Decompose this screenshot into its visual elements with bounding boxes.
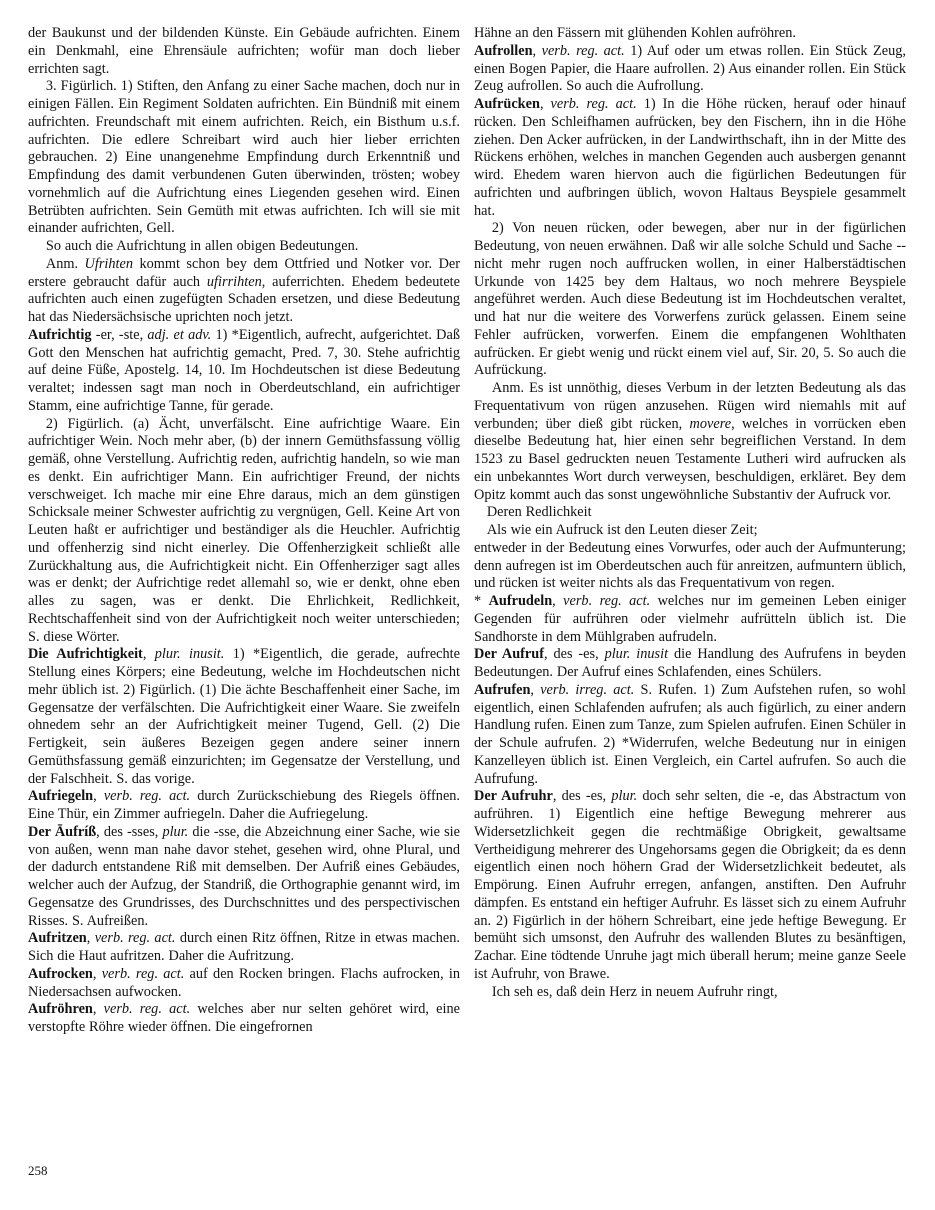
text-run: -er, -ste, <box>92 327 148 343</box>
right-column: Hähne an den Fässern mit glühenden Kohle… <box>474 25 906 1037</box>
paragraph: Deren Redlichkeit <box>474 504 906 522</box>
text-run: Deren Redlichkeit <box>487 504 592 520</box>
left-column: der Baukunst und der bildenden Künste. E… <box>28 25 460 1037</box>
paragraph: der Baukunst und der bildenden Künste. E… <box>28 25 460 78</box>
text-run: , <box>143 646 155 662</box>
paragraph: Als wie ein Aufruck ist den Leuten diese… <box>474 522 906 540</box>
text-run: 1) *Eigentlich, die gerade, aufrechte St… <box>28 646 460 786</box>
text-run: Der Aufruf <box>474 646 544 662</box>
text-run: , <box>93 788 104 804</box>
text-run: Aufrufen <box>474 682 530 698</box>
text-run: , <box>93 1001 104 1017</box>
text-run: Aufrollen <box>474 43 533 59</box>
text-run: Aufriegeln <box>28 788 93 804</box>
text-run: Der Āufríß <box>28 824 96 840</box>
text-run: Aufritzen <box>28 930 87 946</box>
text-run: 2) Von neuen rücken, oder bewegen, aber … <box>474 220 906 378</box>
paragraph: So auch die Aufrichtung in allen obigen … <box>28 238 460 256</box>
text-run: 1) In die Höhe rücken, herauf oder hinau… <box>474 96 906 219</box>
text-run: verb. reg. act. <box>542 43 625 59</box>
text-run: verb. reg. act. <box>104 1001 191 1017</box>
paragraph: Aufrücken, verb. reg. act. 1) In die Höh… <box>474 96 906 220</box>
text-run: Aufrücken <box>474 96 540 112</box>
text-run: movere <box>690 416 732 432</box>
text-run: ufirrihten <box>207 274 262 290</box>
paragraph: 2) Figürlich. (a) Ächt, unverfälscht. Ei… <box>28 416 460 647</box>
text-run: , <box>93 966 102 982</box>
paragraph: Aufrichtig -er, -ste, adj. et adv. 1) *E… <box>28 327 460 416</box>
paragraph: Ich seh es, daß dein Herz in neuem Aufru… <box>474 984 906 1002</box>
text-run: Als wie ein Aufruck ist den Leuten diese… <box>487 522 758 538</box>
text-run: , <box>540 96 551 112</box>
text-run: verb. reg. act. <box>104 788 190 804</box>
text-run: plur. <box>162 824 188 840</box>
paragraph: Anm. Ufrihten kommt schon bey dem Ottfri… <box>28 256 460 327</box>
text-run: entweder in der Bedeutung eines Vorwurfe… <box>474 540 906 592</box>
text-run: , des -sses, <box>96 824 162 840</box>
text-run: plur. inusit <box>605 646 669 662</box>
text-run: So auch die Aufrichtung in allen obigen … <box>46 238 359 254</box>
text-run: Aufrudeln <box>489 593 553 609</box>
text-run: Ufrihten <box>85 256 133 272</box>
text-run: , des -es, <box>553 788 612 804</box>
text-run: verb. reg. act. <box>95 930 176 946</box>
text-run: Aufröhren <box>28 1001 93 1017</box>
paragraph: Aufrocken, verb. reg. act. auf den Rocke… <box>28 966 460 1002</box>
paragraph: Aufritzen, verb. reg. act. durch einen R… <box>28 930 460 966</box>
text-run: , des -es, <box>544 646 605 662</box>
paragraph: Aufrollen, verb. reg. act. 1) Auf oder u… <box>474 43 906 96</box>
paragraph: * Aufrudeln, verb. reg. act. welches nur… <box>474 593 906 646</box>
paragraph: Aufrufen, verb. irreg. act. S. Rufen. 1)… <box>474 682 906 789</box>
text-run: Ich seh es, daß dein Herz in neuem Aufru… <box>492 984 778 1000</box>
text-run: Hähne an den Fässern mit glühenden Kohle… <box>474 25 796 41</box>
text-run: , <box>533 43 542 59</box>
dictionary-page: der Baukunst und der bildenden Künste. E… <box>0 0 935 1210</box>
paragraph: 2) Von neuen rücken, oder bewegen, aber … <box>474 220 906 380</box>
text-run: plur. <box>611 788 637 804</box>
text-run: doch sehr selten, die -e, das Abstractum… <box>474 788 906 982</box>
text-run: verb. irreg. act. <box>540 682 634 698</box>
paragraph: entweder in der Bedeutung eines Vorwurfe… <box>474 540 906 593</box>
paragraph: Anm. Es ist unnöthig, dieses Verbum in d… <box>474 380 906 504</box>
text-run: , <box>530 682 540 698</box>
text-run: verb. reg. act. <box>102 966 185 982</box>
paragraph: Hähne an den Fässern mit glühenden Kohle… <box>474 25 906 43</box>
text-run: , <box>87 930 95 946</box>
text-run: Aufrichtig <box>28 327 92 343</box>
text-run: verb. reg. act. <box>551 96 637 112</box>
paragraph: Aufriegeln, verb. reg. act. durch Zurück… <box>28 788 460 824</box>
two-column-text-block: der Baukunst und der bildenden Künste. E… <box>28 25 907 1037</box>
text-run: Die Aufrichtigkeit <box>28 646 143 662</box>
text-run: der Baukunst und der bildenden Künste. E… <box>28 25 460 77</box>
text-run: Aufrocken <box>28 966 93 982</box>
text-run: Anm. <box>46 256 85 272</box>
paragraph: Der Āufríß, des -sses, plur. die -sse, d… <box>28 824 460 931</box>
text-run: 3. Figürlich. 1) Stiften, den Anfang zu … <box>28 78 460 236</box>
text-run: Der Aufruhr <box>474 788 553 804</box>
text-run: plur. inusit. <box>155 646 225 662</box>
paragraph: 3. Figürlich. 1) Stiften, den Anfang zu … <box>28 78 460 238</box>
paragraph: Der Aufruhr, des -es, plur. doch sehr se… <box>474 788 906 983</box>
paragraph: Aufröhren, verb. reg. act. welches aber … <box>28 1001 460 1037</box>
paragraph: Der Aufruf, des -es, plur. inusit die Ha… <box>474 646 906 682</box>
page-number: 258 <box>28 1163 48 1178</box>
text-run: , <box>552 593 563 609</box>
text-run: verb. reg. act. <box>563 593 650 609</box>
text-run: * <box>474 593 489 609</box>
paragraph: Die Aufrichtigkeit, plur. inusit. 1) *Ei… <box>28 646 460 788</box>
text-run: 2) Figürlich. (a) Ächt, unverfälscht. Ei… <box>28 416 460 645</box>
text-run: adj. et adv. <box>147 327 211 343</box>
